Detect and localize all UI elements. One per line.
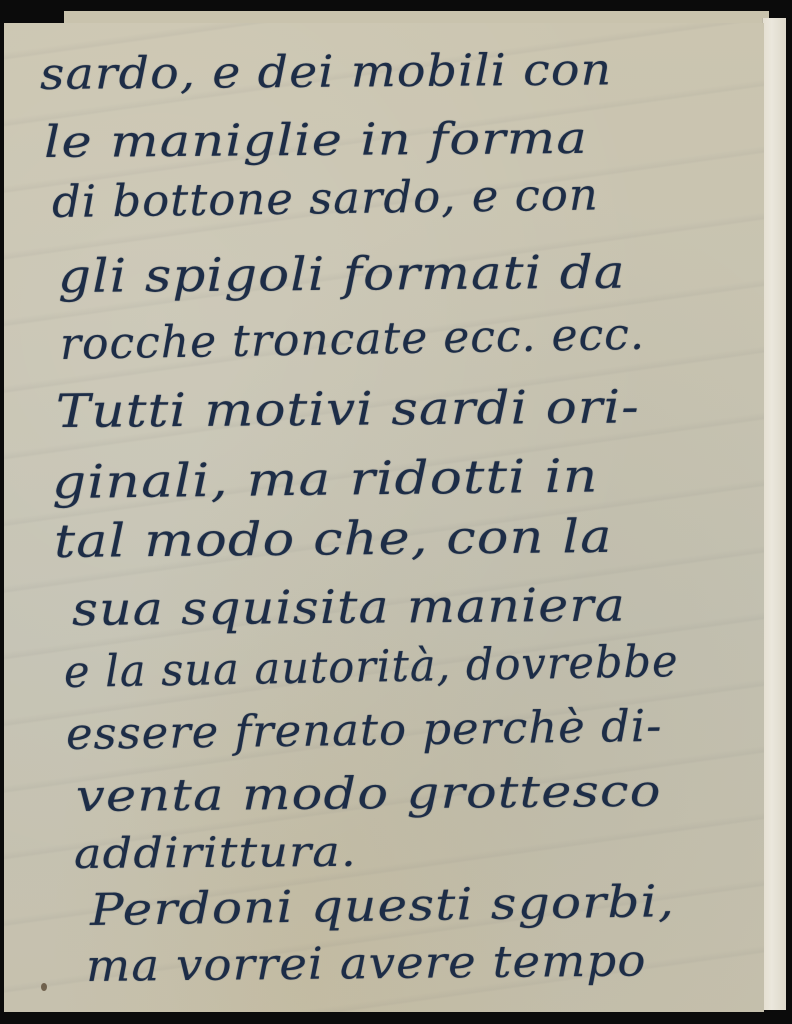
letter-line: essere frenato perchè di- bbox=[66, 705, 663, 757]
handwritten-text: sardo, e dei mobili con le maniglie in f… bbox=[4, 23, 764, 1012]
letter-line: sardo, e dei mobili con bbox=[40, 48, 613, 97]
paper-side-edge bbox=[762, 18, 786, 1010]
letter-line: le maniglie in forma bbox=[44, 117, 588, 165]
letter-line: gli spigoli formati da bbox=[58, 249, 626, 299]
letter-line: addirittura. bbox=[74, 831, 357, 875]
letter-line: ma vorrei avere tempo bbox=[86, 939, 647, 989]
letter-line: tal modo che, con la bbox=[54, 513, 613, 564]
letter-line: e la sua autorità, dovrebbe bbox=[64, 640, 679, 695]
letter-line: di bottone sardo, e con bbox=[52, 174, 599, 225]
letter-sheet: sardo, e dei mobili con le maniglie in f… bbox=[4, 23, 764, 1012]
scanned-letter: sardo, e dei mobili con le maniglie in f… bbox=[0, 0, 792, 1024]
letter-line: Tutti motivi sardi ori- bbox=[56, 383, 640, 434]
letter-line: ginali, ma ridotti in bbox=[52, 452, 599, 505]
letter-line: rocche troncate ecc. ecc. bbox=[60, 313, 646, 367]
letter-line: Perdoni questi sgorbi, bbox=[90, 880, 676, 933]
letter-line: sua squisita maniera bbox=[72, 582, 626, 632]
letter-line: venta modo grottesco bbox=[76, 770, 662, 819]
